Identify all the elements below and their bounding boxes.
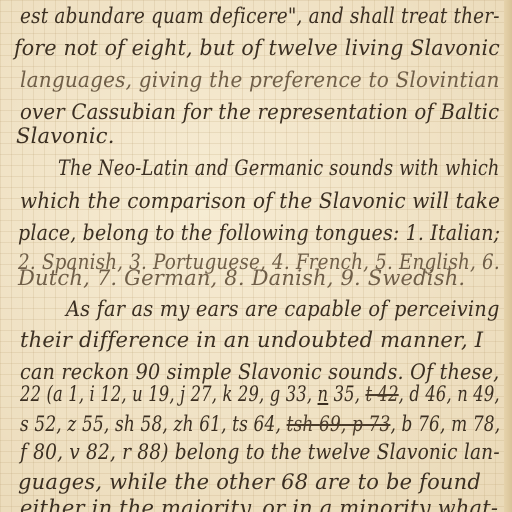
paragraph-3-line-2: their difference in an undoubted manner,… (20, 328, 483, 352)
paragraph-2-line-5: Dutch, 7. German, 8. Danish, 9. Swedish. (18, 266, 465, 290)
struck-sound: t 42 (365, 382, 398, 406)
text-line-1: est abundare quam deficere", and shall t… (20, 4, 500, 28)
paragraph-3-line-3: can reckon 90 simple Slavonic sounds. Of… (20, 360, 499, 384)
struck-sounds: tsh 69, p 73 (287, 412, 391, 436)
paragraph-2-line-3: place, belong to the following tongues: … (18, 221, 500, 245)
sound-list-part: , d 46, n 49, (399, 382, 500, 406)
text-line-4: over Cassubian for the representation of… (20, 100, 499, 124)
sound-list-part: , b 76, m 78, (390, 412, 500, 436)
paragraph-3-line-7: guages, while the other 68 are to be fou… (18, 470, 481, 494)
text-line-3: languages, giving the preference to Slov… (20, 68, 500, 92)
paragraph-2-line-1: The Neo-Latin and Germanic sounds with w… (58, 156, 500, 180)
paragraph-3-line-1: As far as my ears are capable of perceiv… (66, 297, 500, 321)
text-line-5: Slavonic. (16, 124, 115, 148)
paragraph-2-line-2: which the comparison of the Slavonic wil… (20, 189, 500, 213)
sound-list-line-3: f 80, v 82, r 88) belong to the twelve S… (20, 440, 500, 464)
sound-list-line-1: 22 (a 1, i 12, u 19, j 27, k 29, g 33, n… (20, 382, 500, 406)
sound-list-part: 22 (a 1, i 12, u 19, j 27, k 29, g 33, (20, 382, 318, 406)
sound-list-line-2: s 52, z 55, sh 58, zh 61, ts 64, tsh 69,… (20, 412, 500, 436)
sound-list-part: 35, (328, 382, 365, 406)
page-edge (504, 0, 512, 512)
underlined-sound: n (318, 382, 329, 406)
manuscript-page: est abundare quam deficere", and shall t… (0, 0, 512, 512)
paragraph-3-line-8: either in the majority, or in a minority… (20, 496, 498, 512)
sound-list-part: s 52, z 55, sh 58, zh 61, ts 64, (20, 412, 287, 436)
text-line-2: fore not of eight, but of twelve living … (14, 36, 500, 60)
